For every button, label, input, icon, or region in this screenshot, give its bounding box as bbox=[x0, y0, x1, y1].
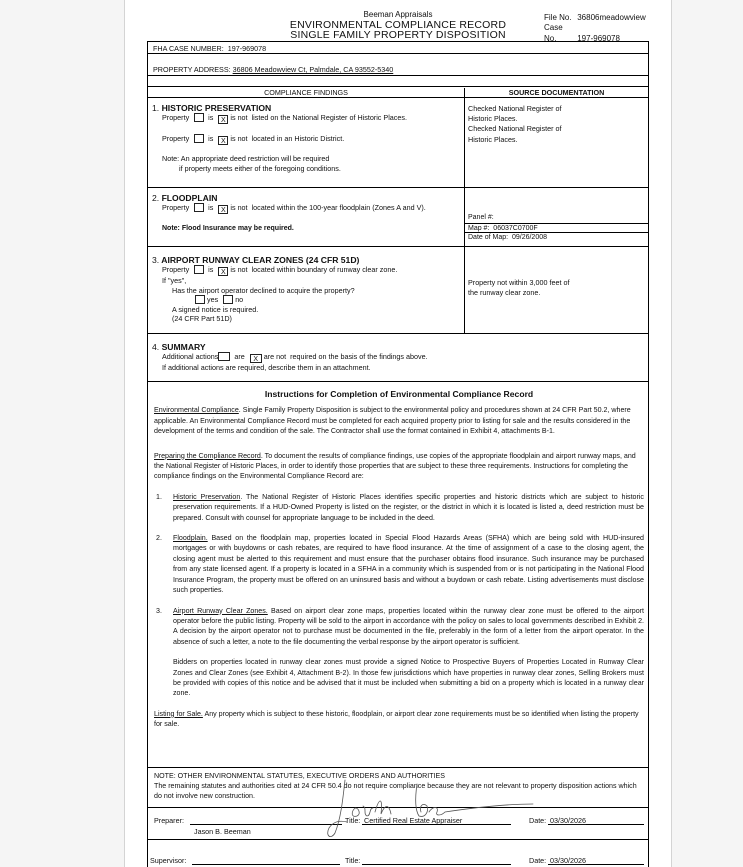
supervisor-date-label: Date: bbox=[529, 856, 546, 865]
historic-district-is-checkbox[interactable] bbox=[194, 134, 204, 143]
instruction-item-historic: 1. Historic Preservation. The National R… bbox=[154, 492, 644, 523]
handwritten-signature-image bbox=[325, 778, 535, 840]
map-number: Map #: 06037C0700F bbox=[465, 223, 648, 233]
summary-section: 4. SUMMARY Additional actions are Xare n… bbox=[147, 333, 649, 381]
supervisor-title-label: Title: bbox=[345, 856, 360, 865]
airport-runway-title: 3. AIRPORT RUNWAY CLEAR ZONES (24 CFR 51… bbox=[152, 255, 464, 265]
spacer-row bbox=[147, 75, 649, 86]
environmental-compliance-paragraph: Environmental Compliance. Single Family … bbox=[154, 405, 644, 436]
floodplain-section: 2. FLOODPLAIN Property is Xis not locate… bbox=[147, 187, 649, 246]
column-header-row: COMPLIANCE FINDINGS SOURCE DOCUMENTATION bbox=[147, 86, 649, 97]
instruction-item-floodplain: 2. Floodplain. Based on the floodplain m… bbox=[154, 533, 644, 595]
listing-for-sale-paragraph: Listing for Sale. Any property which is … bbox=[154, 709, 644, 730]
airport-declined-no-checkbox[interactable] bbox=[223, 295, 233, 304]
supervisor-row: Supervisor: Title: Date: 03/30/2026 bbox=[147, 839, 649, 867]
preparer-name: Jason B. Beeman bbox=[194, 827, 251, 836]
historic-note: Note: An appropriate deed restriction wi… bbox=[152, 154, 464, 164]
property-address-label: PROPERTY ADDRESS: bbox=[153, 65, 231, 74]
property-address-value: 36806 Meadowview Ct, Palmdale, CA 93552-… bbox=[233, 65, 394, 74]
instruction-item-airport: 3. Airport Runway Clear Zones. Based on … bbox=[154, 606, 644, 648]
floodplain-title: 2. FLOODPLAIN bbox=[152, 193, 464, 203]
runway-zone-is-checkbox[interactable] bbox=[194, 265, 204, 274]
floodplain-source-documentation: Panel #: Map #: 06037C0700F Date of Map:… bbox=[464, 188, 648, 246]
historic-note-continued: if property meets either of the foregoin… bbox=[152, 164, 464, 174]
supervisor-signature-field[interactable] bbox=[192, 856, 340, 865]
floodplain-is-checkbox[interactable] bbox=[194, 203, 204, 212]
additional-actions-are-not-checkbox[interactable]: X bbox=[250, 354, 262, 363]
property-address-row: PROPERTY ADDRESS: 36806 Meadowview Ct, P… bbox=[147, 53, 649, 75]
airport-runway-section: 3. AIRPORT RUNWAY CLEAR ZONES (24 CFR 51… bbox=[147, 246, 649, 333]
document-page: Beeman Appraisals ENVIRONMENTAL COMPLIAN… bbox=[124, 0, 672, 867]
supervisor-date-field[interactable]: 03/30/2026 bbox=[548, 856, 644, 865]
file-number-value: 36806meadowview bbox=[577, 13, 646, 22]
summary-title: 4. SUMMARY bbox=[152, 342, 648, 352]
preparer-signature-field[interactable] bbox=[190, 816, 342, 825]
historic-source-documentation: Checked National Register of Historic Pl… bbox=[464, 98, 648, 187]
fha-case-value: 197-969078 bbox=[228, 44, 266, 53]
map-date: Date of Map: 09/26/2008 bbox=[465, 232, 648, 242]
historic-listed-is-not-checkbox[interactable]: X bbox=[218, 115, 228, 124]
historic-listed-is-checkbox[interactable] bbox=[194, 113, 204, 122]
summary-attachment-note: If additional actions are required, desc… bbox=[152, 363, 648, 373]
if-yes-label: If "yes", bbox=[152, 276, 464, 286]
supervisor-title-field[interactable] bbox=[362, 856, 511, 865]
historic-district-is-not-checkbox[interactable]: X bbox=[218, 136, 228, 145]
preparing-record-paragraph: Preparing the Compliance Record. To docu… bbox=[154, 451, 644, 482]
airport-declined-yes-checkbox[interactable] bbox=[195, 295, 205, 304]
cfr-reference: (24 CFR Part 51D) bbox=[152, 314, 464, 324]
fha-case-row: FHA CASE NUMBER: 197-969078 bbox=[147, 41, 649, 53]
bidders-paragraph: Bidders on properties located in runway … bbox=[154, 657, 644, 699]
runway-zone-is-not-checkbox[interactable]: X bbox=[218, 267, 228, 276]
historic-preservation-title: 1. HISTORIC PRESERVATION bbox=[152, 103, 464, 113]
panel-number: Panel #: bbox=[465, 213, 648, 223]
airport-operator-question: Has the airport operator declined to acq… bbox=[152, 286, 464, 296]
supervisor-label: Supervisor: bbox=[150, 856, 186, 865]
preparer-date-field[interactable]: 03/30/2026 bbox=[548, 816, 644, 825]
flood-insurance-note: Note: Flood Insurance may be required. bbox=[152, 224, 464, 234]
fha-case-label: FHA CASE NUMBER: bbox=[153, 44, 224, 53]
signed-notice-text: A signed notice is required. bbox=[152, 305, 464, 315]
historic-preservation-section: 1. HISTORIC PRESERVATION Property is Xis… bbox=[147, 97, 649, 187]
floodplain-is-not-checkbox[interactable]: X bbox=[218, 205, 228, 214]
instructions-title: Instructions for Completion of Environme… bbox=[154, 389, 644, 399]
airport-source-documentation: Property not within 3,000 feet of the ru… bbox=[464, 247, 648, 333]
compliance-findings-header: COMPLIANCE FINDINGS bbox=[148, 88, 464, 97]
additional-actions-are-checkbox[interactable] bbox=[218, 352, 230, 361]
preparer-label: Preparer: bbox=[154, 816, 184, 825]
instructions-section: Instructions for Completion of Environme… bbox=[147, 381, 649, 767]
